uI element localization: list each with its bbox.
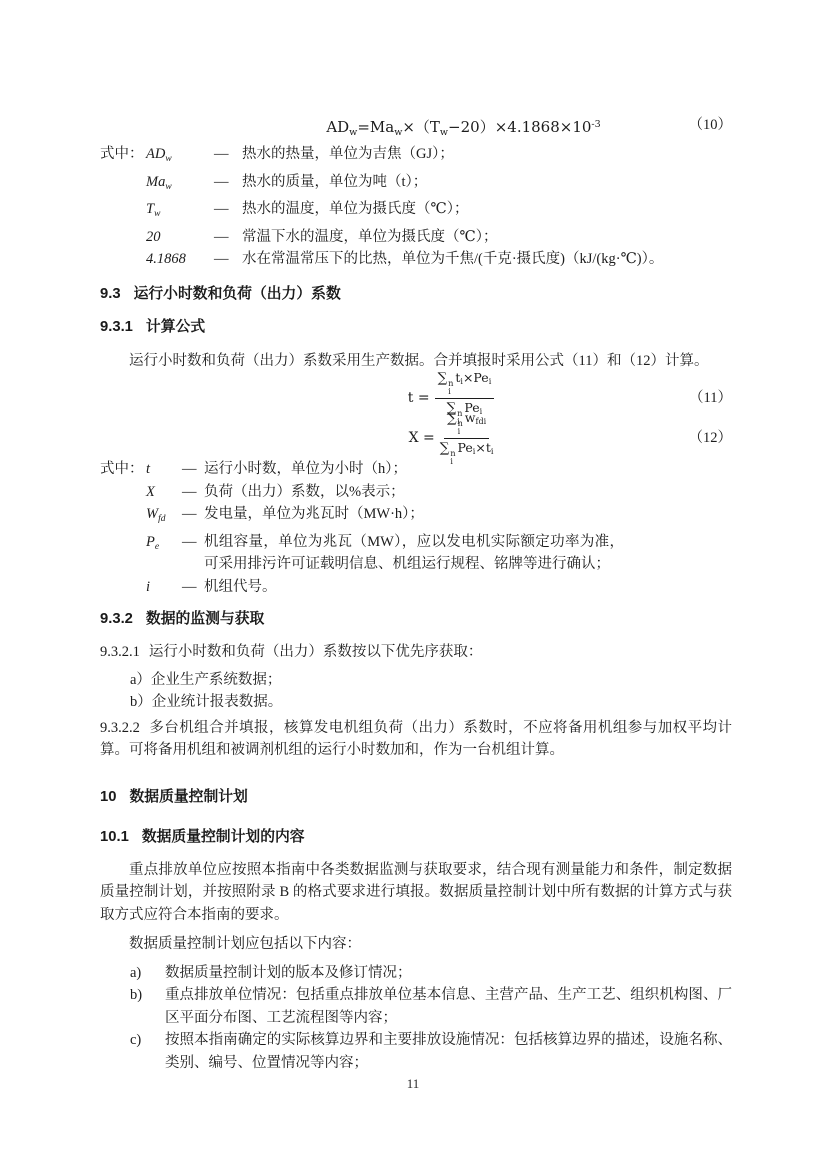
list-text: 重点排放单位情况：包括重点排放单位基本信息、主营产品、生产工艺、组织机构图、厂区… (165, 984, 732, 1029)
eq12-numerator: ∑niwfdi (444, 410, 489, 439)
where-row: Wfd — 发电量，单位为兆瓦时（MW·h）； (100, 503, 732, 531)
list-text: 数据质量控制计划的版本及修订情况； (165, 962, 732, 985)
where-prefix: 式中： (100, 143, 146, 171)
section-number: 9.3.1 (100, 319, 133, 335)
equation-10-number: （10） (689, 112, 733, 138)
where-prefix-spacer (100, 226, 146, 249)
sigma-lower: i (450, 458, 455, 466)
where-row: X — 负荷（出力）系数，以%表示； (100, 481, 732, 504)
list-item: b）企业统计报表数据。 (130, 691, 732, 714)
dash: — (182, 481, 204, 504)
section-heading-9-3: 9.3运行小时数和负荷（出力）系数 (100, 283, 732, 305)
clause-number: 9.3.2.2 (100, 720, 140, 736)
list-item-c: c) 按照本指南确定的实际核算边界和主要排放设施情况：包括核算边界的描述，设施名… (100, 1029, 732, 1074)
sigma-lower: i (458, 428, 463, 436)
paragraph-10-1-intro: 重点排放单位应按照本指南中各类数据监测与获取要求，结合现有测量能力和条件，制定数… (100, 859, 732, 927)
var-main: 20 (146, 229, 161, 245)
where-prefix-spacer (100, 576, 146, 599)
variable-symbol: 4.1868 (146, 248, 214, 271)
equation-12-number: （12） (689, 427, 733, 450)
dash: — (214, 198, 242, 226)
where-prefix-spacer (100, 531, 146, 576)
var-main: Ma (146, 174, 165, 190)
section-heading-10: 10数据质量控制计划 (100, 786, 732, 808)
sigma-symbol: ∑ (440, 440, 450, 456)
var-main: W (146, 506, 158, 522)
dash: — (214, 248, 242, 271)
eq10-sub: w (440, 127, 448, 138)
dash: — (214, 171, 242, 199)
sigma-bounds: ni (448, 380, 453, 397)
where-row: 20 — 常温下水的温度，单位为摄氏度（℃）； (100, 226, 732, 249)
var-main: AD (146, 146, 165, 162)
variable-definition: 常温下水的温度，单位为摄氏度（℃）； (242, 226, 732, 249)
variable-definition: 机组代号。 (204, 576, 732, 599)
variable-definition: 热水的质量，单位为吨（t）； (242, 171, 732, 199)
eq12-denominator: ∑niPei×ti (440, 439, 494, 467)
variable-symbol: Tw (146, 198, 214, 226)
document-page: ADw=Maw×（Tw−20）×4.1868×10-3 （10） 式中： ADw… (0, 0, 826, 1169)
clause-text: 多台机组合并填报，核算发电机组负荷（出力）系数时，不应将备用机组参与加权平均计算… (100, 720, 732, 759)
eq-sub: i (489, 377, 492, 386)
variable-symbol: Wfd (146, 503, 182, 531)
dash: — (214, 226, 242, 249)
where-block-2: 式中： t — 运行小时数，单位为小时（h）； X — 负荷（出力）系数，以%表… (100, 458, 732, 598)
variable-symbol: Maw (146, 171, 214, 199)
paragraph-9-3-2-1: 9.3.2.1运行小时数和负荷（出力）系数按以下优先序获取： (100, 641, 732, 664)
section-heading-9-3-2: 9.3.2数据的监测与获取 (100, 608, 732, 630)
var-main: T (146, 201, 154, 217)
dash: — (182, 576, 204, 599)
section-number: 9.3 (100, 286, 121, 302)
where-row: Pe — 机组容量，单位为兆瓦（MW），应以发电机实际额定功率为准，可采用排污许… (100, 531, 732, 576)
variable-symbol: t (146, 458, 182, 481)
eq12-lhs: X = (409, 427, 435, 450)
list-item-b: b) 重点排放单位情况：包括重点排放单位基本信息、主营产品、生产工艺、组织机构图… (100, 984, 732, 1029)
where-row: Maw — 热水的质量，单位为吨（t）； (100, 171, 732, 199)
sigma-bounds: ni (450, 450, 455, 467)
variable-symbol: X (146, 481, 182, 504)
eq10-seg: AD (326, 118, 349, 136)
eq-seg: Pe (458, 440, 473, 455)
equation-10-row: ADw=Maw×（Tw−20）×4.1868×10-3 （10） (100, 112, 732, 138)
where-row: 式中： ADw — 热水的热量，单位为吉焦（GJ）； (100, 143, 732, 171)
sigma-symbol: ∑ (447, 410, 457, 426)
var-sub: e (155, 542, 159, 552)
equation-12-row: X = ∑niwfdi ∑niPei×ti （12） (100, 418, 732, 458)
page-number: 11 (0, 1073, 826, 1096)
var-sub: w (165, 154, 171, 164)
dash: — (182, 503, 204, 531)
variable-symbol: i (146, 576, 182, 599)
section-title: 运行小时数和负荷（出力）系数 (134, 286, 341, 302)
paragraph-9-3-1: 运行小时数和负荷（出力）系数采用生产数据。合并填报时采用公式（11）和（12）计… (100, 350, 732, 373)
where-row: 4.1868 — 水在常温常压下的比热，单位为千焦/(千克·摄氏度)（kJ/(k… (100, 248, 732, 271)
where-row: Tw — 热水的温度，单位为摄氏度（℃）； (100, 198, 732, 226)
variable-definition: 负荷（出力）系数，以%表示； (204, 481, 732, 504)
paragraph-9-3-2-2: 9.3.2.2多台机组合并填报，核算发电机组负荷（出力）系数时，不应将备用机组参… (100, 717, 732, 762)
clause-number: 9.3.2.1 (100, 644, 140, 660)
dash: — (214, 143, 242, 171)
var-main: t (146, 461, 150, 477)
sigma-symbol: ∑ (438, 370, 448, 386)
variable-symbol: Pe (146, 531, 182, 576)
equation-10: ADw=Maw×（Tw−20）×4.1868×10-3 (326, 112, 600, 146)
eq11-numerator: ∑niti×Pei (435, 370, 495, 399)
priority-list: a）企业生产系统数据； b）企业统计报表数据。 (130, 669, 732, 714)
equation-11-number: （11） (689, 387, 732, 410)
eq-seg: w (465, 410, 476, 425)
sigma-lower: i (448, 388, 453, 396)
eq10-sup: -3 (591, 119, 600, 130)
section-heading-10-1: 10.1数据质量控制计划的内容 (100, 826, 732, 848)
var-sub: w (165, 182, 171, 192)
section-title: 数据质量控制计划的内容 (142, 829, 305, 845)
clause-text: 运行小时数和负荷（出力）系数按以下优先序获取： (149, 644, 483, 660)
list-marker: a) (130, 962, 165, 985)
eq-seg: ×t (475, 440, 491, 455)
list-marker: b) (130, 984, 165, 1029)
section-title: 数据质量控制计划 (129, 789, 247, 805)
var-main: X (146, 484, 155, 500)
variable-symbol: ADw (146, 143, 214, 171)
where-prefix-spacer (100, 503, 146, 531)
list-text: 按照本指南确定的实际核算边界和主要排放设施情况：包括核算边界的描述，设施名称、类… (165, 1029, 732, 1074)
eq10-seg: ×（T (402, 118, 440, 136)
list-marker: c) (130, 1029, 165, 1074)
variable-definition: 热水的热量，单位为吉焦（GJ）； (242, 143, 732, 171)
equation-12: X = ∑niwfdi ∑niPei×ti (409, 410, 494, 467)
eq-sub: i (491, 447, 494, 456)
var-main: 4.1868 (146, 251, 186, 267)
where-prefix-spacer (100, 481, 146, 504)
page-content: ADw=Maw×（Tw−20）×4.1868×10-3 （10） 式中： ADw… (100, 0, 732, 1074)
where-prefix-spacer (100, 198, 146, 226)
where-block-1: 式中： ADw — 热水的热量，单位为吉焦（GJ）； Maw — 热水的质量，单… (100, 143, 732, 271)
list-item: a）企业生产系统数据； (130, 669, 732, 692)
section-title: 数据的监测与获取 (146, 611, 264, 627)
where-prefix-spacer (100, 248, 146, 271)
list-item-a: a) 数据质量控制计划的版本及修订情况； (100, 962, 732, 985)
eq11-lhs: t = (408, 387, 430, 410)
paragraph-10-1-lead: 数据质量控制计划应包括以下内容： (100, 933, 732, 956)
section-number: 10.1 (100, 829, 129, 845)
where-prefix: 式中： (100, 458, 146, 481)
eq12-fraction: ∑niwfdi ∑niPei×ti (440, 410, 494, 467)
section-heading-9-3-1: 9.3.1计算公式 (100, 316, 732, 338)
var-sub: w (154, 209, 160, 219)
var-sub: fd (158, 514, 165, 524)
section-title: 计算公式 (146, 319, 205, 335)
variable-definition: 热水的温度，单位为摄氏度（℃）； (242, 198, 732, 226)
dash: — (182, 531, 204, 576)
eq-sub: fdi (476, 417, 487, 426)
section-number: 10 (100, 789, 116, 805)
eq10-seg: −20）×4.1868×10 (448, 118, 591, 136)
eq-seg: ×Pe (463, 370, 489, 385)
where-row: i — 机组代号。 (100, 576, 732, 599)
variable-definition: 机组容量，单位为兆瓦（MW），应以发电机实际额定功率为准，可采用排污许可证载明信… (204, 531, 624, 576)
where-prefix-spacer (100, 171, 146, 199)
content-list: a) 数据质量控制计划的版本及修订情况； b) 重点排放单位情况：包括重点排放单… (100, 962, 732, 1075)
section-number: 9.3.2 (100, 611, 133, 627)
var-main: i (146, 579, 150, 595)
eq10-seg: =Ma (357, 118, 394, 136)
dash: — (182, 458, 204, 481)
variable-definition: 水在常温常压下的比热，单位为千焦/(千克·摄氏度)（kJ/(kg·℃)）。 (242, 248, 732, 271)
variable-definition: 发电量，单位为兆瓦时（MW·h）； (204, 503, 732, 531)
var-main: P (146, 534, 155, 550)
sigma-bounds: ni (458, 420, 463, 437)
variable-symbol: 20 (146, 226, 214, 249)
